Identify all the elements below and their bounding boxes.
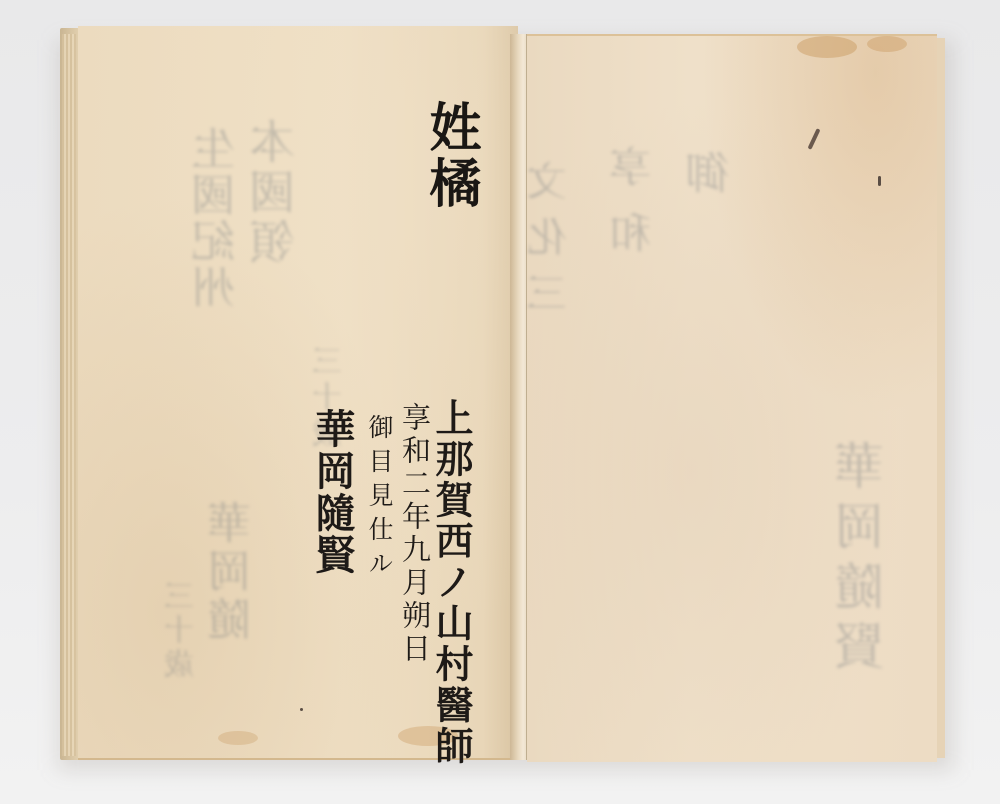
ink-mark <box>808 128 821 150</box>
text-column-audience: 御目見仕ル <box>367 414 392 584</box>
page-fold-line <box>526 34 527 760</box>
bleed-through-text: 御 <box>690 150 734 200</box>
bleed-through-text: 華岡隨賢 <box>838 440 888 680</box>
bleed-through-text: 三十歳 <box>168 580 198 682</box>
bleed-through-text: 華岡隨 <box>212 500 256 644</box>
bleed-through-text: 生國紀州 <box>196 126 240 310</box>
text-column-name: 華岡隨賢 <box>312 408 352 576</box>
ink-speck <box>300 708 303 711</box>
bleed-through-text: 享和 <box>612 145 654 277</box>
ink-speck <box>878 176 881 186</box>
text-column-date: 享和二年九月朔日 <box>400 402 429 666</box>
bleed-through-text: 本國領 <box>252 118 298 268</box>
text-column-village-physician: 上那賀西ノ山村醫師 <box>432 398 470 767</box>
foxing-stain <box>218 731 258 745</box>
bleed-through-text: 文化三 <box>530 160 570 328</box>
foxing-stain <box>797 36 857 58</box>
foxing-stain <box>867 36 907 52</box>
document-title: 姓橘 <box>424 100 476 212</box>
